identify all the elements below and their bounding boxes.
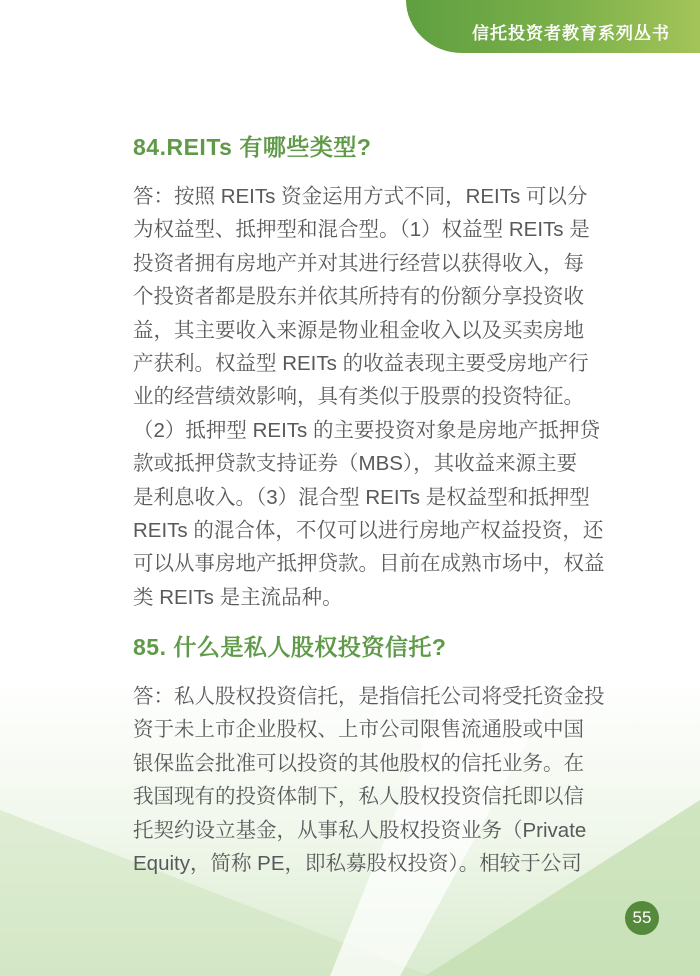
text-line: 银保监会批准可以投资的其他股权的信托业务。在 (133, 747, 593, 780)
question-heading-84: 84.REITs 有哪些类型? (133, 129, 371, 162)
text-line: （2）抵押型 REITs 的主要投资对象是房地产抵押贷 (133, 414, 593, 447)
question-heading-85: 85. 什么是私人股权投资信托? (133, 629, 446, 662)
text-line: Equity，简称 PE，即私募股权投资）。相较于公司 (133, 847, 593, 880)
text-line: 是利息收入。（3）混合型 REITs 是权益型和抵押型 (133, 481, 593, 514)
text-line: 益，其主要收入来源是物业租金收入以及买卖房地 (133, 314, 593, 347)
text-line: 为权益型、抵押型和混合型。（1）权益型 REITs 是 (133, 213, 593, 246)
answer-paragraph-84: 答：按照 REITs 资金运用方式不同，REITs 可以分 为权益型、抵押型和混… (133, 180, 593, 614)
text-line: 答：按照 REITs 资金运用方式不同，REITs 可以分 (133, 180, 593, 213)
text-line: 业的经营绩效影响，具有类似于股票的投资特征。 (133, 380, 593, 413)
header-banner: 信托投资者教育系列丛书 (406, 0, 700, 53)
text-line: 答：私人股权投资信托，是指信托公司将受托资金投 (133, 680, 593, 713)
page-number-badge: 55 (625, 901, 659, 935)
text-line: 托契约设立基金，从事私人股权投资业务（Private (133, 814, 593, 847)
text-line: REITs 的混合体，不仅可以进行房地产权益投资，还 (133, 514, 593, 547)
text-line: 个投资者都是股东并依其所持有的份额分享投资收 (133, 280, 593, 313)
text-line: 类 REITs 是主流品种。 (133, 581, 593, 614)
answer-paragraph-85: 答：私人股权投资信托，是指信托公司将受托资金投 资于未上市企业股权、上市公司限售… (133, 680, 593, 880)
text-line: 资于未上市企业股权、上市公司限售流通股或中国 (133, 713, 593, 746)
text-line: 款或抵押贷款支持证券（MBS），其收益来源主要 (133, 447, 593, 480)
text-line: 可以从事房地产抵押贷款。目前在成熟市场中，权益 (133, 547, 593, 580)
series-title: 信托投资者教育系列丛书 (472, 19, 670, 44)
text-line: 产获利。权益型 REITs 的收益表现主要受房地产行 (133, 347, 593, 380)
text-line: 我国现有的投资体制下，私人股权投资信托即以信 (133, 780, 593, 813)
text-line: 投资者拥有房地产并对其进行经营以获得收入，每 (133, 247, 593, 280)
